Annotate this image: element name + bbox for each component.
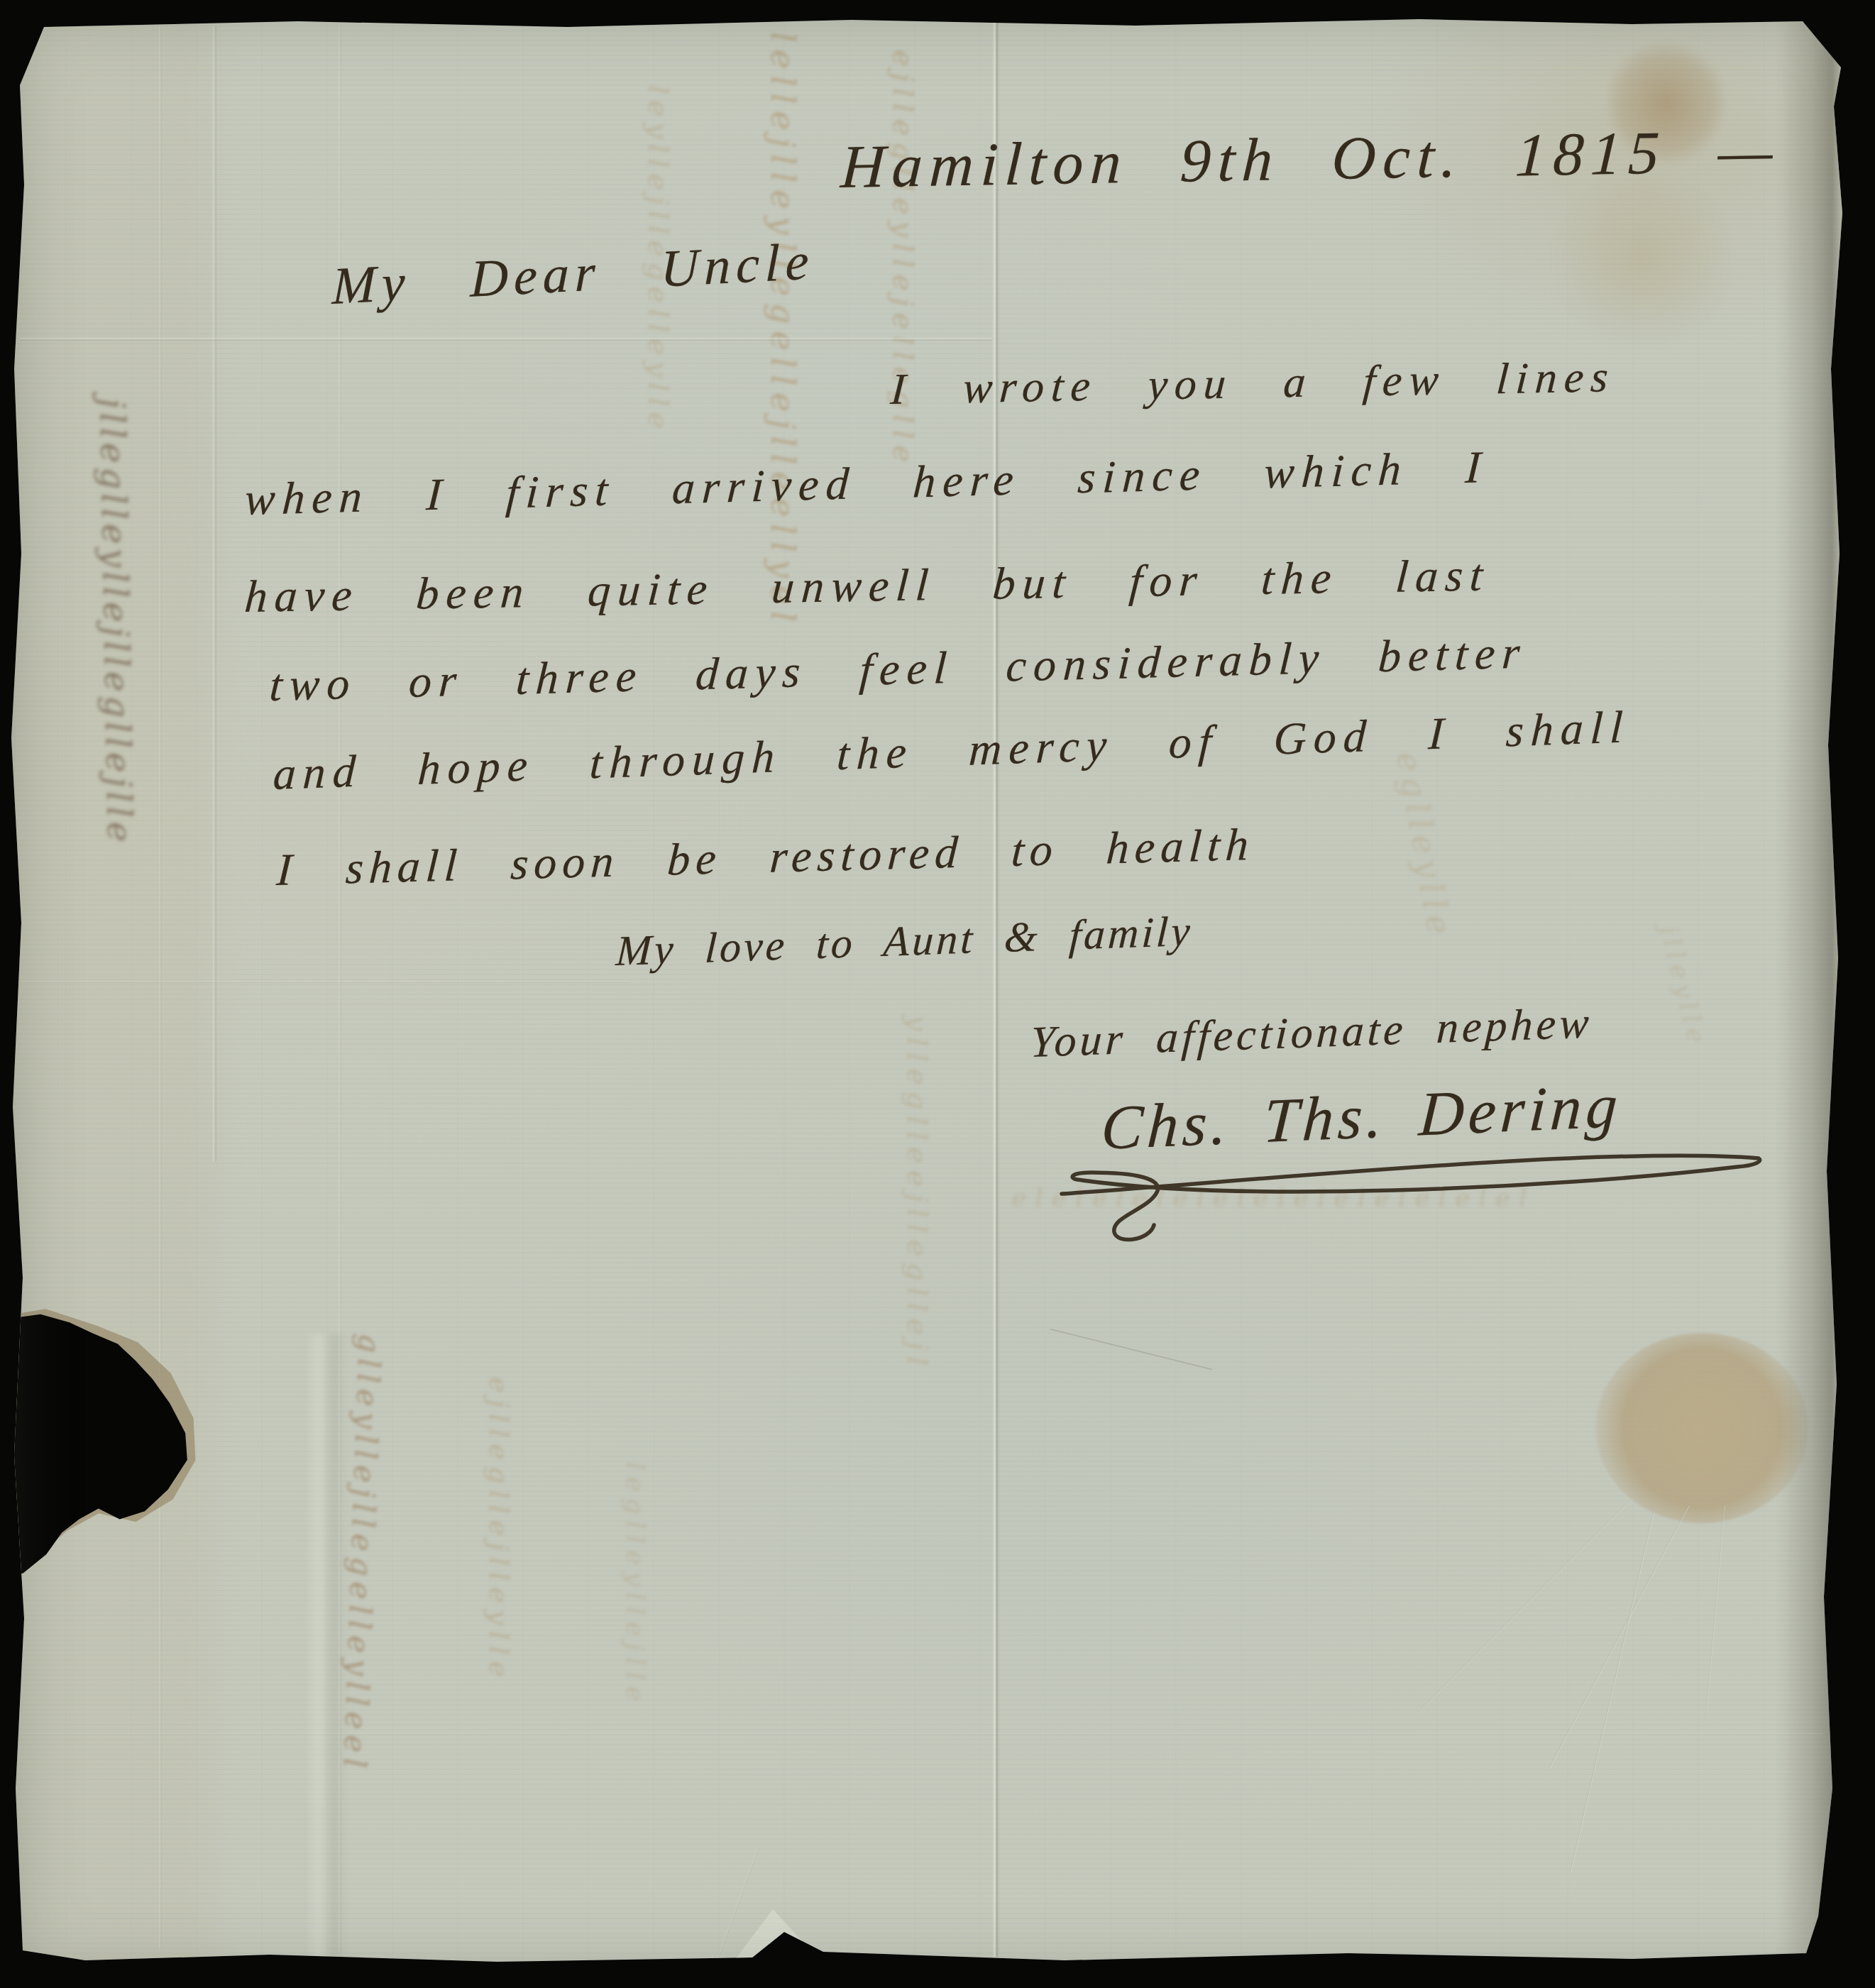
signature-flourish <box>1049 1133 1773 1253</box>
letter-paper: lellejlleyllegellejlleellyel ejlleglleyl… <box>0 0 1875 1988</box>
bleed-through-script: lellejlleyllegellejlleellyel <box>764 32 802 629</box>
bleed-through-script: eglleylle <box>1389 749 1460 943</box>
hairline-crack <box>1050 1329 1213 1371</box>
crease-horizontal-upper <box>20 338 992 341</box>
bleed-through-script: jlleglleyllejllegllejlle <box>92 397 139 847</box>
letter-body-line-1: I wrote you a few lines <box>889 352 1617 415</box>
bleed-through-script: leglleyllejlle <box>620 1462 649 1708</box>
bottom-tear-flap <box>735 1909 820 1960</box>
bleed-through-script: ylleglleejllegllejl <box>901 1015 933 1372</box>
bleed-through-script: ejllegllejlleylle <box>483 1377 515 1684</box>
crease-vertical-left1 <box>159 26 162 1949</box>
paper-vignette <box>0 0 1875 1988</box>
crease-vertical-left2 <box>213 26 216 1161</box>
seal-wrinkle <box>1549 1505 1690 1769</box>
seal-wrinkle <box>1705 1505 1725 1718</box>
letter-body-line-5: and hope through the mercy of God I shal… <box>272 701 1631 801</box>
crease-horizontal-mid <box>20 981 630 983</box>
crease-vertical-main <box>992 23 999 1957</box>
bleed-through-script: jlleylle <box>1654 923 1712 1051</box>
letter-love-line: My love to Aunt & family <box>615 907 1194 977</box>
letter-body-line-2: when I first arrived here since which I <box>243 441 1490 526</box>
crease-horizontal-lower <box>20 1733 1822 1735</box>
letter-body-line-6: I shall soon be restored to health <box>275 818 1255 896</box>
seal-wrinkle <box>1570 1512 1654 1872</box>
crease-crumple-band <box>305 1334 348 1959</box>
letter-body-line-4: two or three days feel considerably bett… <box>268 627 1529 713</box>
letter-valediction: Your affectionate nephew <box>1029 998 1593 1068</box>
crease-right-fold <box>1774 21 1842 1955</box>
scan-background: { "letter": { "dateline": "Hamilton 9th … <box>0 0 1875 1988</box>
bleed-through-script: glleyllejllegelleylleel <box>336 1333 387 1774</box>
wax-seal-stain <box>1595 1333 1808 1523</box>
letter-body-line-3: have been quite unwell but for the last <box>243 549 1491 623</box>
letter-dateline: Hamilton 9th Oct. 1815 — <box>839 115 1781 202</box>
stain-under-date <box>1547 170 1739 348</box>
letter-salutation: My Dear Uncle <box>331 231 815 317</box>
torn-hole <box>0 1312 193 1581</box>
seal-wrinkle <box>1416 1498 1632 1714</box>
